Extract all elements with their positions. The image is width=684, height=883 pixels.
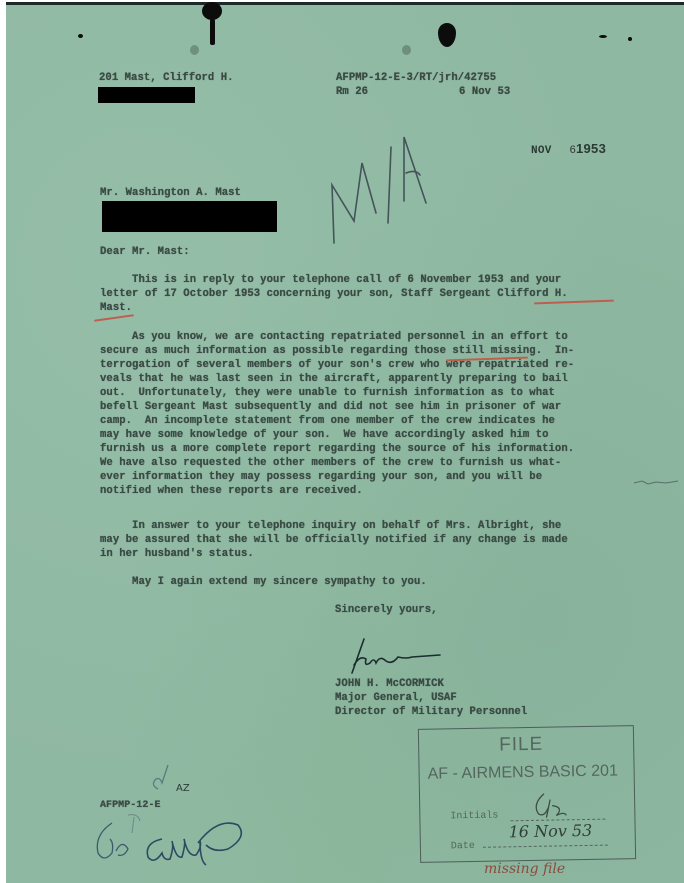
signer-rank: Major General, USAF <box>335 691 457 705</box>
salutation: Dear Mr. Mast: <box>100 245 190 259</box>
initials-handwriting <box>530 789 571 820</box>
handwritten-initials-signature <box>88 813 248 883</box>
signer-name: JOHN H. McCORMICK <box>335 677 444 691</box>
speck <box>599 35 607 38</box>
initials-az: AZ <box>176 783 190 794</box>
staple-mark <box>210 19 215 45</box>
office-symbol: AFPMP-12-E-3/RT/jrh/42755 <box>336 71 496 85</box>
initial-mark <box>146 763 176 793</box>
punch-hole-left <box>202 2 222 20</box>
file-stamp-title: FILE <box>499 734 544 757</box>
speck <box>78 34 83 38</box>
file-reference: 201 Mast, Clifford H. <box>99 71 234 85</box>
signature <box>346 635 446 675</box>
signer-title: Director of Military Personnel <box>335 705 527 719</box>
redacted-block <box>98 87 195 103</box>
punch-hole-right <box>438 23 456 47</box>
pin-mark <box>190 45 199 55</box>
redacted-address <box>102 201 277 232</box>
file-stamp-date: 16 Nov 53 <box>508 821 592 841</box>
file-stamp-category: AF - AIRMENS BASIC 201 <box>427 762 618 783</box>
room-number: Rm 26 <box>336 85 368 99</box>
recipient-name: Mr. Washington A. Mast <box>100 186 241 200</box>
red-underline-mast <box>94 314 134 322</box>
date-line <box>483 845 608 848</box>
pin-mark <box>402 45 411 55</box>
date-label: Date <box>451 841 475 852</box>
speck <box>628 37 632 41</box>
complimentary-close: Sincerely yours, <box>335 603 438 617</box>
typed-date: 6 Nov 53 <box>459 85 510 99</box>
letter-page: 201 Mast, Clifford H. AFPMP-12-E-3/RT/jr… <box>6 2 684 883</box>
file-stamp: FILE AF - AIRMENS BASIC 201 Initials Dat… <box>418 725 636 863</box>
date-stamp-year: 1953 <box>576 141 606 156</box>
footer-office-symbol: AFPMP-12-E <box>100 799 161 813</box>
date-stamp: NOV 61953 <box>531 141 606 157</box>
initials-label: Initials <box>450 811 498 823</box>
missing-file-note: missing file <box>484 861 565 877</box>
mia-handwritten-annotation <box>326 133 446 243</box>
date-stamp-month: NOV <box>531 145 552 157</box>
paper-tear <box>634 479 684 489</box>
